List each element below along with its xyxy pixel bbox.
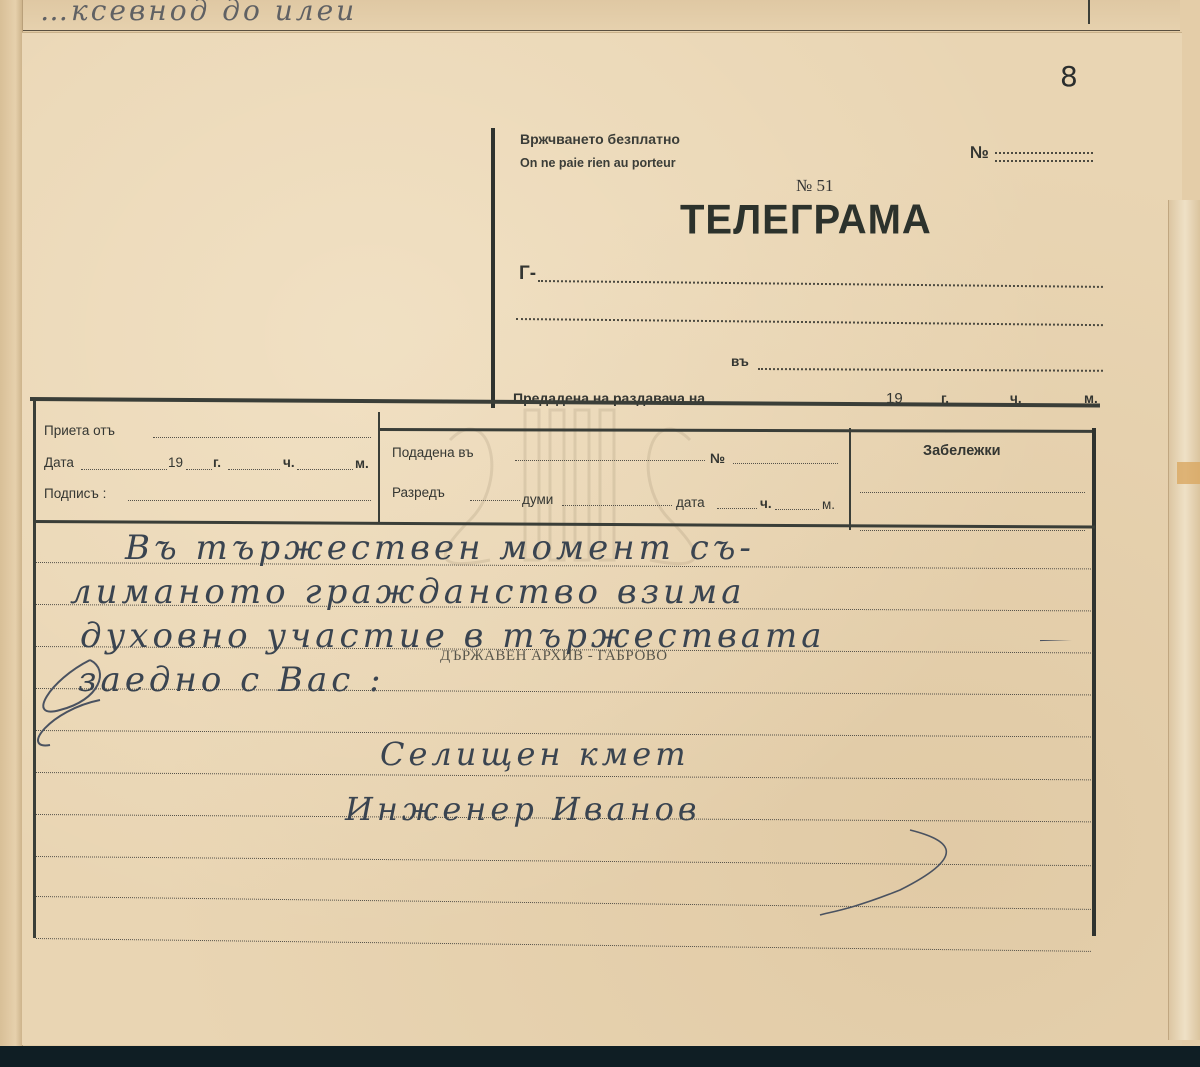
received-year-prefix: 19	[168, 455, 183, 470]
submitted-number-field[interactable]	[733, 463, 838, 464]
notes-field-2[interactable]	[860, 530, 1085, 531]
received-date-label: Дата	[44, 455, 74, 470]
received-minute-field[interactable]	[297, 469, 353, 470]
previous-page-frame-line	[1088, 0, 1090, 24]
tape-strip	[1177, 462, 1200, 484]
form-number: № 51	[796, 176, 833, 196]
handwriting-flourish-strokes	[30, 640, 1130, 920]
received-m-label: м.	[355, 456, 369, 471]
submitted-number-label: №	[710, 451, 725, 466]
words-label: думи	[522, 492, 553, 507]
form-box-divider-1	[378, 412, 380, 522]
telegram-number-label: №	[970, 143, 989, 163]
free-delivery-label: Вржчването безплатно	[520, 131, 680, 147]
submitted-ch-label: ч.	[760, 496, 772, 511]
previous-page-handwriting: …ксевнод до илеи	[40, 0, 357, 27]
received-ch-label: ч.	[283, 455, 295, 470]
received-from-label: Приета отъ	[44, 423, 115, 438]
submitted-in-label: Подадена въ	[392, 445, 474, 460]
handwritten-line-2: лиманото гражданство взима	[70, 572, 746, 612]
telegram-number-field-underline	[995, 160, 1093, 162]
page-number: 8	[1060, 60, 1078, 93]
submitted-date-label: дата	[676, 495, 705, 510]
notes-field-1[interactable]	[860, 492, 1085, 493]
destination-label: въ	[731, 354, 749, 369]
received-year-field[interactable]	[186, 469, 212, 470]
telegram-number-field[interactable]	[995, 152, 1093, 154]
recipient-prefix: Г-	[519, 263, 536, 285]
received-date-field[interactable]	[81, 469, 167, 470]
signature-label: Подписъ :	[44, 486, 106, 501]
class-label: Разредъ	[392, 485, 445, 500]
archive-stamp-text: ДЪРЖАВЕН АРХИВ - ГАБРОВО	[440, 648, 668, 665]
class-field[interactable]	[470, 500, 520, 501]
submitted-m-label: м.	[822, 497, 835, 512]
header-divider-line	[491, 128, 495, 408]
free-delivery-label-fr: On ne paie rien au porteur	[520, 156, 676, 170]
form-box-divider-2	[849, 428, 851, 530]
binding-spine	[0, 0, 23, 1050]
words-field[interactable]	[562, 505, 672, 506]
notes-label: Забележки	[923, 443, 1001, 459]
stacked-pages-edge	[1168, 200, 1200, 1040]
scan-background	[0, 1046, 1200, 1067]
received-hour-field[interactable]	[228, 469, 280, 470]
submitted-date-field[interactable]	[717, 508, 757, 509]
signature-field[interactable]	[128, 500, 371, 501]
received-g-label: г.	[213, 455, 221, 470]
handwritten-line-1: Въ тържествен момент съ-	[125, 528, 755, 568]
submitted-in-field[interactable]	[515, 460, 705, 461]
page-title: ТЕЛЕГРАМА	[680, 197, 932, 244]
submitted-minute-field[interactable]	[775, 509, 819, 510]
received-from-field[interactable]	[153, 437, 371, 438]
